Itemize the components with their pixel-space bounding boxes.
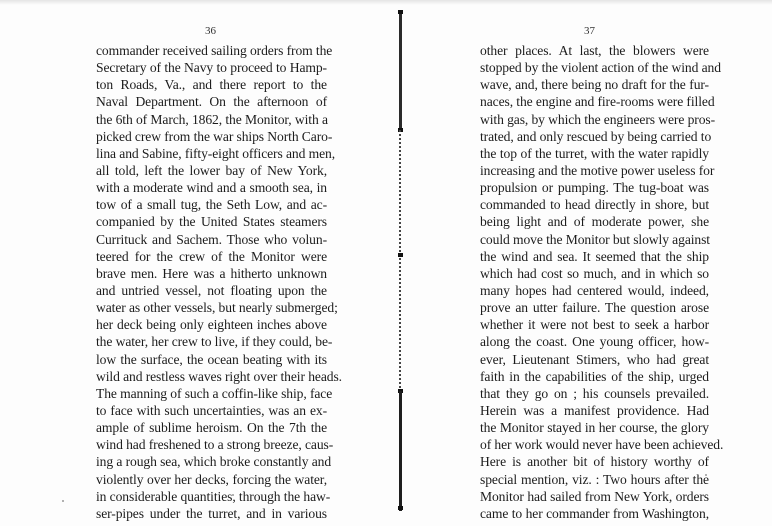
text-line: ser-pipes under the turret, and in vario… bbox=[96, 505, 327, 522]
page-number: 37 bbox=[584, 25, 595, 37]
text-line: many hopes had centered would, indeed, bbox=[480, 282, 709, 299]
text-line: companied by the United States steamers bbox=[96, 213, 327, 230]
text-line: the 6th of March, 1862, the Monitor, wit… bbox=[96, 111, 327, 128]
text-line: ing a rough sea, which broke constantly … bbox=[96, 453, 327, 470]
text-line: water as other vessels, but nearly subme… bbox=[96, 299, 327, 316]
text-line: low the surface, the ocean beating with … bbox=[96, 351, 327, 368]
text-line: the Monitor stayed in her course, the gl… bbox=[480, 419, 709, 436]
text-line: increasing and the motive power useless … bbox=[480, 162, 709, 179]
text-line: prove an utter failure. The question aro… bbox=[480, 299, 709, 316]
scan-speck bbox=[232, 494, 234, 496]
text-line: to face with such uncertainties, was an … bbox=[96, 402, 327, 419]
scan-speck bbox=[705, 474, 707, 476]
text-line: faith in the capabilities of the ship, u… bbox=[480, 368, 709, 385]
text-line: propulsion or pumping. The tug-boat was bbox=[480, 179, 709, 196]
text-line: the top of the turret, with the water ra… bbox=[480, 145, 709, 162]
text-line: whether it were not best to seek a harbo… bbox=[480, 316, 709, 333]
body-text: commander received sailing orders from t… bbox=[96, 42, 327, 522]
scan-speck bbox=[62, 500, 64, 502]
text-line: wind had freshened to a strong breeze, c… bbox=[96, 436, 327, 453]
text-line: naces, the engine and fire-rooms were fi… bbox=[480, 93, 709, 110]
text-line: other places. At last, the blowers were bbox=[480, 42, 709, 59]
text-line: along the coast. One young officer, how- bbox=[480, 333, 709, 350]
text-line: ever, Lieutenant Stimers, who had great bbox=[480, 351, 709, 368]
text-line: Herein was a manifest providence. Had bbox=[480, 402, 709, 419]
text-line: being light and of moderate power, she bbox=[480, 213, 709, 230]
text-line: which had cost so much, and in which so bbox=[480, 265, 709, 282]
text-line: in considerable quantities, through the … bbox=[96, 488, 327, 505]
text-line: the wind and sea. It seemed that the shi… bbox=[480, 248, 709, 265]
text-line: Here is another bit of history worthy of bbox=[480, 453, 709, 470]
text-line: wave, and, there being no draft for the … bbox=[480, 76, 709, 93]
text-line: the water, her crew to live, if they cou… bbox=[96, 333, 327, 350]
text-line: trated, and only rescued by being carrie… bbox=[480, 128, 709, 145]
text-line: brave men. Here was a hitherto unknown bbox=[96, 265, 327, 282]
page-number: 36 bbox=[205, 25, 216, 37]
text-line: stopped by the violent action of the win… bbox=[480, 59, 709, 76]
text-line: that they go on ; his counsels prevailed… bbox=[480, 385, 709, 402]
text-line: picked crew from the war ships North Car… bbox=[96, 128, 327, 145]
text-line: Currituck and Sachem. Those who volun- bbox=[96, 231, 327, 248]
text-line: teered for the crew of the Monitor were bbox=[96, 248, 327, 265]
left-page: 36 commander received sailing orders fro… bbox=[0, 0, 400, 526]
text-line: came to her commander from Washington, bbox=[480, 505, 709, 522]
scan-speck bbox=[581, 513, 583, 515]
text-line: Monitor had sailed from New York, orders bbox=[480, 488, 709, 505]
text-line: ton Roads, Va., and there report to the bbox=[96, 76, 327, 93]
text-line: with gas, by which the engineers were pr… bbox=[480, 111, 709, 128]
text-line: with a moderate wind and a smooth sea, i… bbox=[96, 179, 327, 196]
body-text: other places. At last, the blowers were … bbox=[480, 42, 709, 522]
right-page: 37 other places. At last, the blowers we… bbox=[401, 0, 772, 526]
text-line: lina and Sabine, fifty-eight officers an… bbox=[96, 145, 327, 162]
text-line: special mention, viz. : Two hours after … bbox=[480, 471, 709, 488]
text-line: Secretary of the Navy to proceed to Hamp… bbox=[96, 59, 327, 76]
text-line: tow of a small tug, the Seth Low, and ac… bbox=[96, 196, 327, 213]
text-line: The manning of such a coffin-like ship, … bbox=[96, 385, 327, 402]
text-line: all told, left the lower bay of New York… bbox=[96, 162, 327, 179]
text-line: and untried vessel, not floating upon th… bbox=[96, 282, 327, 299]
text-line: could move the Monitor but slowly agains… bbox=[480, 231, 709, 248]
text-line: her deck being only eighteen inches abov… bbox=[96, 316, 327, 333]
text-line: ample of sublime heroism. On the 7th the bbox=[96, 419, 327, 436]
text-line: of her work would never have been achiev… bbox=[480, 436, 709, 453]
text-line: Naval Department. On the afternoon of bbox=[96, 93, 327, 110]
text-line: violently over her decks, forcing the wa… bbox=[96, 471, 327, 488]
text-line: commanded to head directly in shore, but bbox=[480, 196, 709, 213]
text-line: wild and restless waves right over their… bbox=[96, 368, 327, 385]
text-line: commander received sailing orders from t… bbox=[96, 42, 327, 59]
